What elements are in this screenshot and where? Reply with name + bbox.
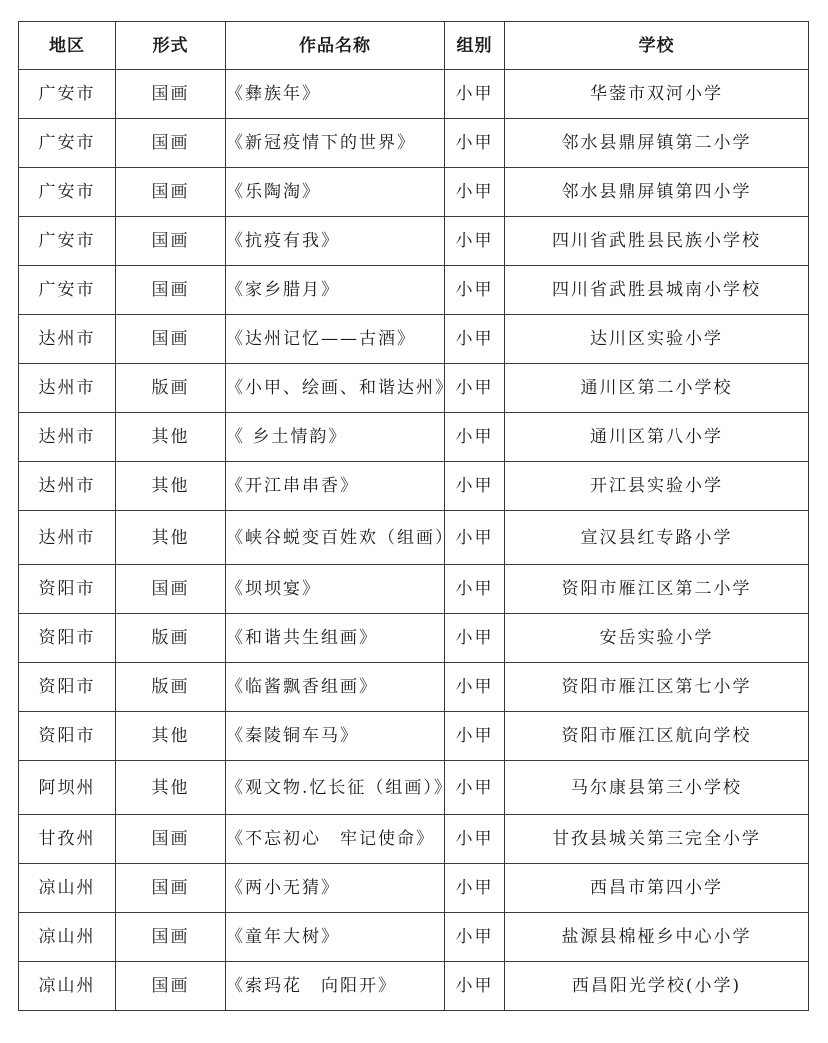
cell-region: 资阳市 xyxy=(19,663,116,712)
cell-group: 小甲 xyxy=(445,913,505,962)
cell-region: 甘孜州 xyxy=(19,815,116,864)
cell-form: 国画 xyxy=(116,962,226,1011)
cell-region: 达州市 xyxy=(19,511,116,565)
cell-school: 安岳实验小学 xyxy=(505,614,809,663)
cell-title: 《抗疫有我》 xyxy=(226,217,445,266)
cell-region: 达州市 xyxy=(19,413,116,462)
cell-school: 通川区第二小学校 xyxy=(505,364,809,413)
cell-group: 小甲 xyxy=(445,70,505,119)
cell-form: 国画 xyxy=(116,315,226,364)
cell-title: 《童年大树》 xyxy=(226,913,445,962)
cell-title: 《乐陶淘》 xyxy=(226,168,445,217)
cell-school: 通川区第八小学 xyxy=(505,413,809,462)
cell-group: 小甲 xyxy=(445,266,505,315)
cell-school: 四川省武胜县城南小学校 xyxy=(505,266,809,315)
cell-group: 小甲 xyxy=(445,864,505,913)
cell-form: 国画 xyxy=(116,565,226,614)
cell-form: 国画 xyxy=(116,70,226,119)
cell-region: 阿坝州 xyxy=(19,761,116,815)
cell-form: 国画 xyxy=(116,119,226,168)
cell-form: 其他 xyxy=(116,413,226,462)
cell-form: 国画 xyxy=(116,913,226,962)
cell-title: 《不忘初心 牢记使命》 xyxy=(226,815,445,864)
cell-region: 广安市 xyxy=(19,119,116,168)
cell-title: 《和谐共生组画》 xyxy=(226,614,445,663)
header-school: 学校 xyxy=(505,22,809,70)
cell-title: 《 乡土情韵》 xyxy=(226,413,445,462)
cell-school: 四川省武胜县民族小学校 xyxy=(505,217,809,266)
cell-form: 国画 xyxy=(116,864,226,913)
awards-table: 地区 形式 作品名称 组别 学校 广安市国画《彝族年》小甲华蓥市双河小学广安市国… xyxy=(18,21,809,1011)
cell-group: 小甲 xyxy=(445,364,505,413)
cell-region: 广安市 xyxy=(19,266,116,315)
header-form: 形式 xyxy=(116,22,226,70)
cell-title: 《新冠疫情下的世界》 xyxy=(226,119,445,168)
table-row: 资阳市国画《坝坝宴》小甲资阳市雁江区第二小学 xyxy=(19,565,809,614)
cell-group: 小甲 xyxy=(445,511,505,565)
table-row: 广安市国画《彝族年》小甲华蓥市双河小学 xyxy=(19,70,809,119)
cell-title: 《观文物.忆长征（组画）》 xyxy=(226,761,445,815)
cell-group: 小甲 xyxy=(445,168,505,217)
cell-region: 凉山州 xyxy=(19,962,116,1011)
cell-group: 小甲 xyxy=(445,315,505,364)
cell-school: 甘孜县城关第三完全小学 xyxy=(505,815,809,864)
cell-school: 邻水县鼎屏镇第四小学 xyxy=(505,168,809,217)
cell-form: 其他 xyxy=(116,511,226,565)
header-region: 地区 xyxy=(19,22,116,70)
table-row: 凉山州国画《索玛花 向阳开》小甲西昌阳光学校(小学) xyxy=(19,962,809,1011)
cell-group: 小甲 xyxy=(445,962,505,1011)
cell-group: 小甲 xyxy=(445,761,505,815)
cell-school: 西昌阳光学校(小学) xyxy=(505,962,809,1011)
cell-group: 小甲 xyxy=(445,614,505,663)
table-body: 广安市国画《彝族年》小甲华蓥市双河小学广安市国画《新冠疫情下的世界》小甲邻水县鼎… xyxy=(19,70,809,1011)
cell-region: 广安市 xyxy=(19,70,116,119)
header-title: 作品名称 xyxy=(226,22,445,70)
cell-title: 《索玛花 向阳开》 xyxy=(226,962,445,1011)
cell-title: 《开江串串香》 xyxy=(226,462,445,511)
table-row: 达州市其他《峡谷蜕变百姓欢（组画）》小甲宣汉县红专路小学 xyxy=(19,511,809,565)
cell-title: 《两小无猜》 xyxy=(226,864,445,913)
table-row: 资阳市其他《秦陵铜车马》小甲资阳市雁江区航向学校 xyxy=(19,712,809,761)
table-row: 阿坝州其他《观文物.忆长征（组画）》小甲马尔康县第三小学校 xyxy=(19,761,809,815)
cell-title: 《达州记忆——古酒》 xyxy=(226,315,445,364)
cell-group: 小甲 xyxy=(445,565,505,614)
table-row: 广安市国画《家乡腊月》小甲四川省武胜县城南小学校 xyxy=(19,266,809,315)
cell-form: 国画 xyxy=(116,168,226,217)
cell-school: 资阳市雁江区第七小学 xyxy=(505,663,809,712)
cell-form: 国画 xyxy=(116,217,226,266)
cell-region: 广安市 xyxy=(19,217,116,266)
table-row: 广安市国画《抗疫有我》小甲四川省武胜县民族小学校 xyxy=(19,217,809,266)
cell-form: 版画 xyxy=(116,364,226,413)
cell-group: 小甲 xyxy=(445,712,505,761)
table-row: 凉山州国画《童年大树》小甲盐源县棉桠乡中心小学 xyxy=(19,913,809,962)
table-row: 达州市国画《达州记忆——古酒》小甲达川区实验小学 xyxy=(19,315,809,364)
table-row: 资阳市版画《和谐共生组画》小甲安岳实验小学 xyxy=(19,614,809,663)
cell-group: 小甲 xyxy=(445,815,505,864)
cell-region: 资阳市 xyxy=(19,565,116,614)
cell-region: 资阳市 xyxy=(19,614,116,663)
cell-title: 《临酱飘香组画》 xyxy=(226,663,445,712)
cell-region: 达州市 xyxy=(19,462,116,511)
cell-school: 华蓥市双河小学 xyxy=(505,70,809,119)
cell-form: 国画 xyxy=(116,266,226,315)
table-row: 达州市其他《 乡土情韵》小甲通川区第八小学 xyxy=(19,413,809,462)
cell-title: 《坝坝宴》 xyxy=(226,565,445,614)
cell-title: 《家乡腊月》 xyxy=(226,266,445,315)
cell-region: 凉山州 xyxy=(19,864,116,913)
table-row: 甘孜州国画《不忘初心 牢记使命》小甲甘孜县城关第三完全小学 xyxy=(19,815,809,864)
table-row: 凉山州国画《两小无猜》小甲西昌市第四小学 xyxy=(19,864,809,913)
cell-school: 邻水县鼎屏镇第二小学 xyxy=(505,119,809,168)
cell-school: 马尔康县第三小学校 xyxy=(505,761,809,815)
cell-group: 小甲 xyxy=(445,119,505,168)
cell-title: 《峡谷蜕变百姓欢（组画）》 xyxy=(226,511,445,565)
cell-title: 《小甲、绘画、和谐达州》 xyxy=(226,364,445,413)
cell-school: 宣汉县红专路小学 xyxy=(505,511,809,565)
cell-form: 版画 xyxy=(116,614,226,663)
header-group: 组别 xyxy=(445,22,505,70)
cell-region: 资阳市 xyxy=(19,712,116,761)
cell-region: 广安市 xyxy=(19,168,116,217)
cell-group: 小甲 xyxy=(445,217,505,266)
table-header-row: 地区 形式 作品名称 组别 学校 xyxy=(19,22,809,70)
cell-group: 小甲 xyxy=(445,413,505,462)
cell-school: 开江县实验小学 xyxy=(505,462,809,511)
cell-school: 西昌市第四小学 xyxy=(505,864,809,913)
table-row: 广安市国画《乐陶淘》小甲邻水县鼎屏镇第四小学 xyxy=(19,168,809,217)
table-row: 广安市国画《新冠疫情下的世界》小甲邻水县鼎屏镇第二小学 xyxy=(19,119,809,168)
cell-title: 《秦陵铜车马》 xyxy=(226,712,445,761)
cell-form: 其他 xyxy=(116,712,226,761)
cell-form: 版画 xyxy=(116,663,226,712)
table-row: 达州市版画《小甲、绘画、和谐达州》小甲通川区第二小学校 xyxy=(19,364,809,413)
cell-region: 凉山州 xyxy=(19,913,116,962)
cell-region: 达州市 xyxy=(19,315,116,364)
cell-school: 资阳市雁江区航向学校 xyxy=(505,712,809,761)
cell-school: 达川区实验小学 xyxy=(505,315,809,364)
table-row: 资阳市版画《临酱飘香组画》小甲资阳市雁江区第七小学 xyxy=(19,663,809,712)
cell-region: 达州市 xyxy=(19,364,116,413)
table-row: 达州市其他《开江串串香》小甲开江县实验小学 xyxy=(19,462,809,511)
cell-school: 盐源县棉桠乡中心小学 xyxy=(505,913,809,962)
cell-school: 资阳市雁江区第二小学 xyxy=(505,565,809,614)
cell-group: 小甲 xyxy=(445,663,505,712)
cell-form: 其他 xyxy=(116,462,226,511)
cell-group: 小甲 xyxy=(445,462,505,511)
cell-form: 国画 xyxy=(116,815,226,864)
cell-title: 《彝族年》 xyxy=(226,70,445,119)
cell-form: 其他 xyxy=(116,761,226,815)
